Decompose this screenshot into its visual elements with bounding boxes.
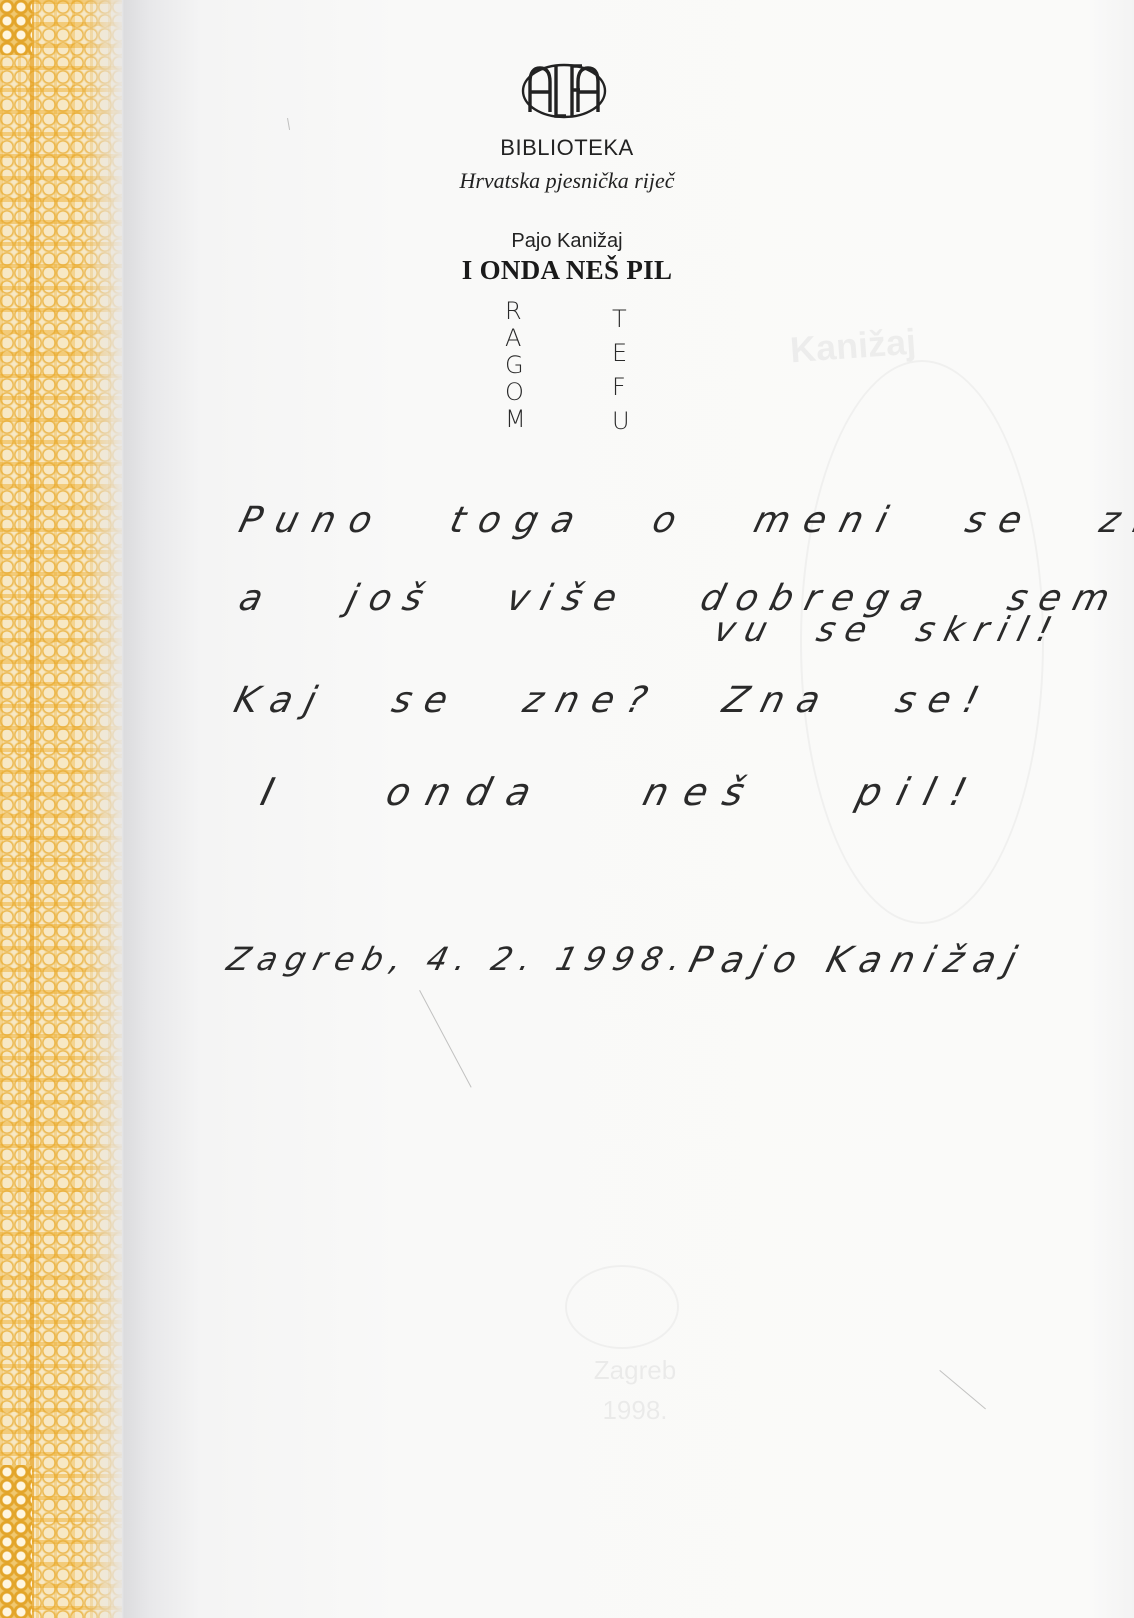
border-corner-bottom <box>0 1465 32 1618</box>
dedication-letter: F <box>612 370 630 404</box>
dedication-letter: M <box>505 406 526 433</box>
inscription-place-date: Zagreb, 4. 2. 1998. <box>223 940 693 978</box>
inscription-line-1: Puno toga o meni se zna, <box>235 500 1134 541</box>
inscription-line-3: vu se skril! <box>710 610 1066 650</box>
dedication-letter: E <box>612 336 630 370</box>
pencil-mark <box>287 118 290 130</box>
author-name: Pajo Kanižaj <box>0 230 1134 253</box>
series-label-text: BIBLIOTEKA <box>500 135 633 160</box>
book-title-page: Kanižaj Zagreb 1998. BIBLIOTEKA Hrvatska… <box>0 0 1134 1618</box>
dedication-letter: R <box>505 298 526 325</box>
pencil-mark <box>419 990 472 1088</box>
bleed-through-place: Zagreb <box>560 1355 710 1386</box>
alfa-logo <box>520 62 608 120</box>
bleed-through-stamp: Kanižaj <box>789 321 918 372</box>
pencil-mark <box>939 1370 986 1409</box>
bleed-through-logo <box>565 1265 679 1349</box>
dedication-letter: A <box>505 325 526 352</box>
inscription-line-4: Kaj se zne? Zna se! <box>230 680 996 721</box>
series-label: BIBLIOTEKA <box>0 135 1134 161</box>
author-signature: Pajo Kanižaj <box>685 940 1031 981</box>
inscription-line-5: I onda neš pil! <box>257 770 988 814</box>
border-corner-top <box>0 0 32 55</box>
book-title: I ONDA NEŠ PIL <box>0 255 1134 286</box>
dedication-name-left: R A G O M <box>505 298 526 433</box>
alfa-logo-icon <box>520 62 608 120</box>
dedication-letter: T <box>612 302 630 336</box>
dedication-letter: U <box>612 404 630 438</box>
dedication-name-right: T E F U <box>612 302 630 438</box>
dedication-letter: O <box>505 379 526 406</box>
bleed-through-year: 1998. <box>560 1395 710 1426</box>
dedication-letter: G <box>505 352 526 379</box>
series-name: Hrvatska pjesnička riječ <box>0 168 1134 194</box>
